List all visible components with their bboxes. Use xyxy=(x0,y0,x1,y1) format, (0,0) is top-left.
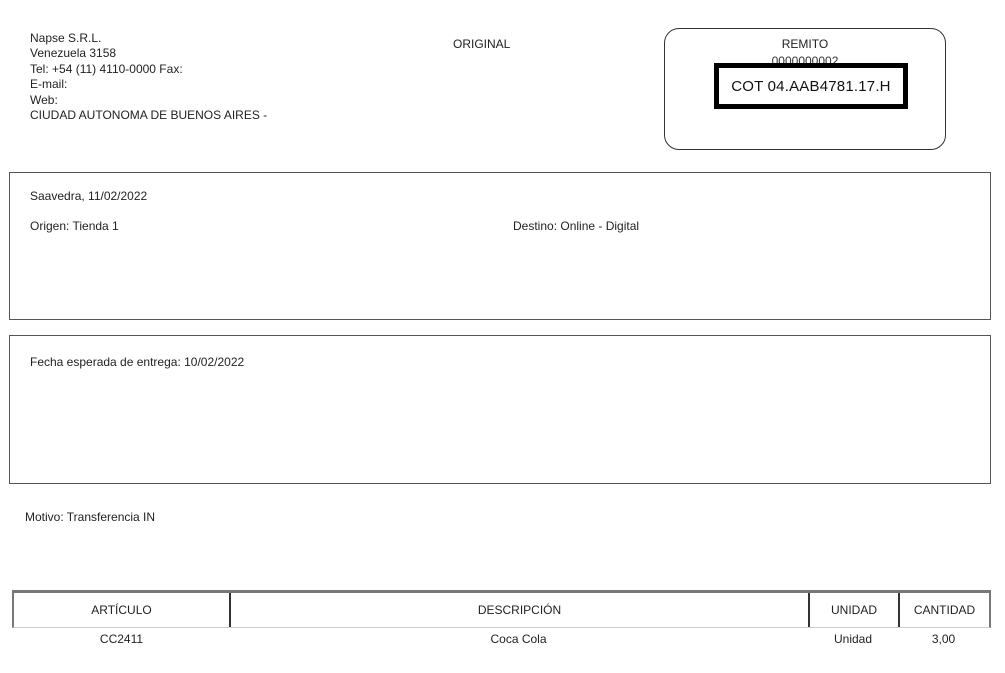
items-table-header: ARTÍCULO DESCRIPCIÓN UNIDAD CANTIDAD xyxy=(12,590,991,628)
cot-code: COT 04.AAB4781.17.H xyxy=(714,63,908,109)
expected-delivery-date: Fecha esperada de entrega: 10/02/2022 xyxy=(30,355,244,369)
company-email: E-mail: xyxy=(30,77,267,92)
header-unit: UNIDAD xyxy=(808,593,898,627)
header-description: DESCRIPCIÓN xyxy=(229,593,808,627)
place-date: Saavedra, 11/02/2022 xyxy=(30,189,147,203)
reason: Motivo: Transferencia IN xyxy=(25,510,155,524)
header-article: ARTÍCULO xyxy=(14,593,229,627)
company-city: CIUDAD AUTONOMA DE BUENOS AIRES - xyxy=(30,108,267,123)
copy-label: ORIGINAL xyxy=(453,37,510,51)
row-description: Coca Cola xyxy=(229,629,808,649)
company-web: Web: xyxy=(30,93,267,108)
origin: Origen: Tienda 1 xyxy=(30,219,119,233)
company-name: Napse S.R.L. xyxy=(30,31,267,46)
table-row: CC2411 Coca Cola Unidad 3,00 xyxy=(14,629,989,649)
destination: Destino: Online - Digital xyxy=(513,219,639,233)
company-address: Venezuela 3158 xyxy=(30,46,267,61)
remito-title: REMITO xyxy=(664,37,946,51)
row-article: CC2411 xyxy=(14,629,229,649)
origin-destination-box xyxy=(9,172,991,320)
row-unit: Unidad xyxy=(808,629,898,649)
header-quantity: CANTIDAD xyxy=(898,593,989,627)
company-info: Napse S.R.L. Venezuela 3158 Tel: +54 (11… xyxy=(30,31,267,123)
row-quantity: 3,00 xyxy=(898,629,989,649)
company-phone-fax: Tel: +54 (11) 4110-0000 Fax: xyxy=(30,62,267,77)
